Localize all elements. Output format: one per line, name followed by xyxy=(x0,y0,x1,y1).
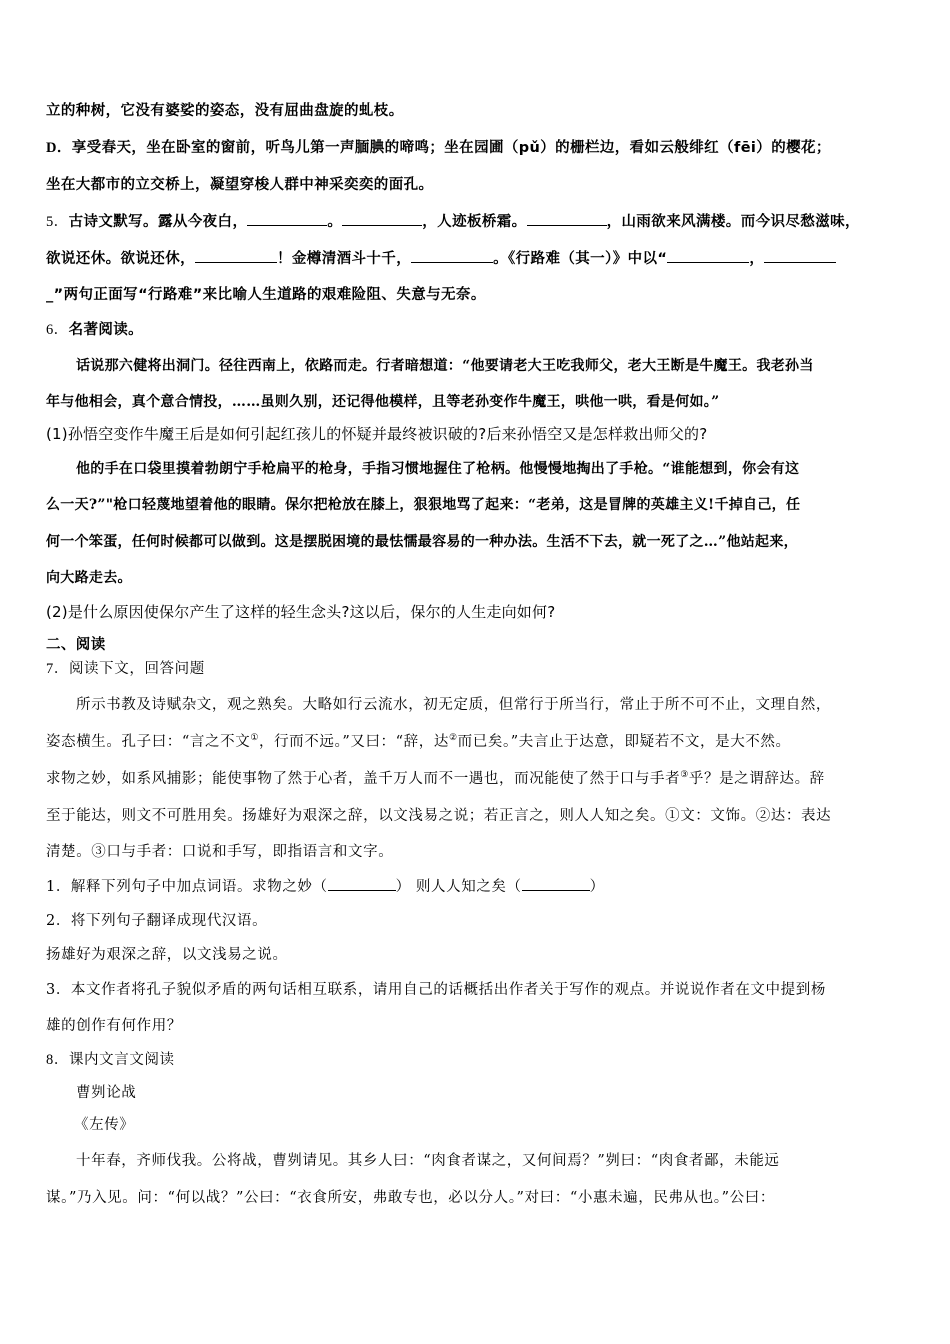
footnote-marker: ③ xyxy=(680,770,689,780)
question-6-title: 6．名著阅读。 xyxy=(46,320,912,340)
option-d-line2: 坐在大都市的立交桥上，凝望穿梭人群中神采奕奕的面孔。 xyxy=(46,175,912,195)
q7-subquestion-3-line2: 雄的创作有何作用？ xyxy=(46,1016,912,1036)
answer-blank[interactable] xyxy=(195,248,277,263)
answer-blank[interactable] xyxy=(411,248,493,263)
q7-subquestion-2: 2．将下列句子翻译成现代汉语。 xyxy=(46,911,912,931)
q7-passage-line3: 求物之妙，如系风捕影；能使事物了然于心者，盖千万人而不一遇也，而况能使了然于口与… xyxy=(46,769,912,789)
question-5-line3: _”两句正面写“行路难”来比喻人生道路的艰难险阻、失意与无奈。 xyxy=(46,285,912,305)
q6-passage1-line2: 年与他相会，真个意合情投，……虽则久别，还记得他模样，且等老孙变作牛魔王，哄他一… xyxy=(46,392,912,412)
answer-blank[interactable] xyxy=(328,876,396,891)
q7-subquestion-3-line1: 3．本文作者将孔子貌似矛盾的两句话相互联系，请用自己的话概括出作者关于写作的观点… xyxy=(46,980,912,1000)
document-page: 立的种树，它没有婆娑的姿态，没有屈曲盘旋的虬枝。 D．享受春天，坐在卧室的窗前，… xyxy=(0,0,950,1344)
answer-blank[interactable] xyxy=(522,876,590,891)
q6-passage2-line2: 么一天?”"枪口轻蔑地望着他的眼睛。保尔把枪放在膝上，狠狠地骂了起来：“老弟，这… xyxy=(46,495,912,515)
answer-blank[interactable] xyxy=(764,248,836,263)
q7-passage-line2: 姿态横生。孔子曰：“言之不文①，行而不远。”又曰：“辞，达②而已矣。”夫言止于达… xyxy=(46,732,912,752)
q6-passage2-line3: 何一个笨蛋，任何时候都可以做到。这是摆脱困境的最怯懦最容易的一种办法。生活不下去… xyxy=(46,532,912,552)
q7-passage-line5: 清楚。③口与手者：口说和手写，即指语言和文字。 xyxy=(46,842,912,862)
q6-subquestion-2: (2)是什么原因使保尔产生了这样的轻生念头?这以后，保尔的人生走向如何? xyxy=(46,602,912,622)
option-d-line1: D．享受春天，坐在卧室的窗前，听鸟儿第一声腼腆的啼鸣；坐在园圃（pǔ）的栅栏边，… xyxy=(46,138,912,158)
q6-passage2-line4: 向大路走去。 xyxy=(46,568,912,588)
q6-passage1-line1: 话说那六健将出洞门。径往西南上，依路而走。行者暗想道：“他要请老大王吃我师父，老… xyxy=(46,356,912,376)
answer-blank[interactable] xyxy=(247,211,327,226)
question-5-line1: 5．古诗文默写。露从今夜白，。，人迹板桥霜。，山雨欲来风满楼。而今识尽愁滋味， xyxy=(46,211,912,232)
q6-subquestion-1: (1)孙悟空变作牛魔王后是如何引起红孩儿的怀疑并最终被识破的?后来孙悟空又是怎样… xyxy=(46,424,912,444)
answer-blank[interactable] xyxy=(527,211,607,226)
question-5-line2: 欲说还休。欲说还休，！金樽清酒斗十千，。《行路难（其一）》中以“， xyxy=(46,248,912,269)
q7-passage-line1: 所示书教及诗赋杂文，观之熟矣。大略如行云流水，初无定质，但常行于所当行，常止于所… xyxy=(46,695,912,715)
answer-blank[interactable] xyxy=(342,211,422,226)
q7-subquestion-1: 1．解释下列句子中加点词语。求物之妙（） 则人人知之矣（） xyxy=(46,876,912,897)
q6-passage2-line1: 他的手在口袋里摸着勃朗宁手枪扁平的枪身，手指习惯地握住了枪柄。他慢慢地掏出了手枪… xyxy=(46,459,912,479)
q7-subquestion-2-sentence: 扬雄好为艰深之辞，以文浅易之说。 xyxy=(46,945,912,965)
q8-passage-line1: 十年春，齐师伐我。公将战，曹刿请见。其乡人曰：“肉食者谋之，又何间焉？”刿曰：“… xyxy=(46,1151,912,1171)
q7-passage-line4: 至于能达，则文不可胜用矣。扬雄好为艰深之辞，以文浅易之说；若正言之，则人人知之矣… xyxy=(46,806,912,826)
answer-blank[interactable] xyxy=(667,248,749,263)
footnote-marker: ② xyxy=(449,733,458,743)
option-c-continuation: 立的种树，它没有婆娑的姿态，没有屈曲盘旋的虬枝。 xyxy=(46,101,912,121)
q8-passage-line2: 谋。”乃入见。问：“何以战？”公曰：“衣食所安，弗敢专也，必以分人。”对曰：“小… xyxy=(46,1188,912,1208)
question-8-title: 8．课内文言文阅读 xyxy=(46,1050,912,1070)
q8-article-title: 曹刿论战 xyxy=(46,1083,912,1103)
footnote-marker: ① xyxy=(250,733,259,743)
question-7-title: 7．阅读下文，回答问题 xyxy=(46,659,912,679)
section-heading-reading: 二、阅读 xyxy=(46,635,912,655)
q8-source: 《左传》 xyxy=(46,1115,912,1135)
